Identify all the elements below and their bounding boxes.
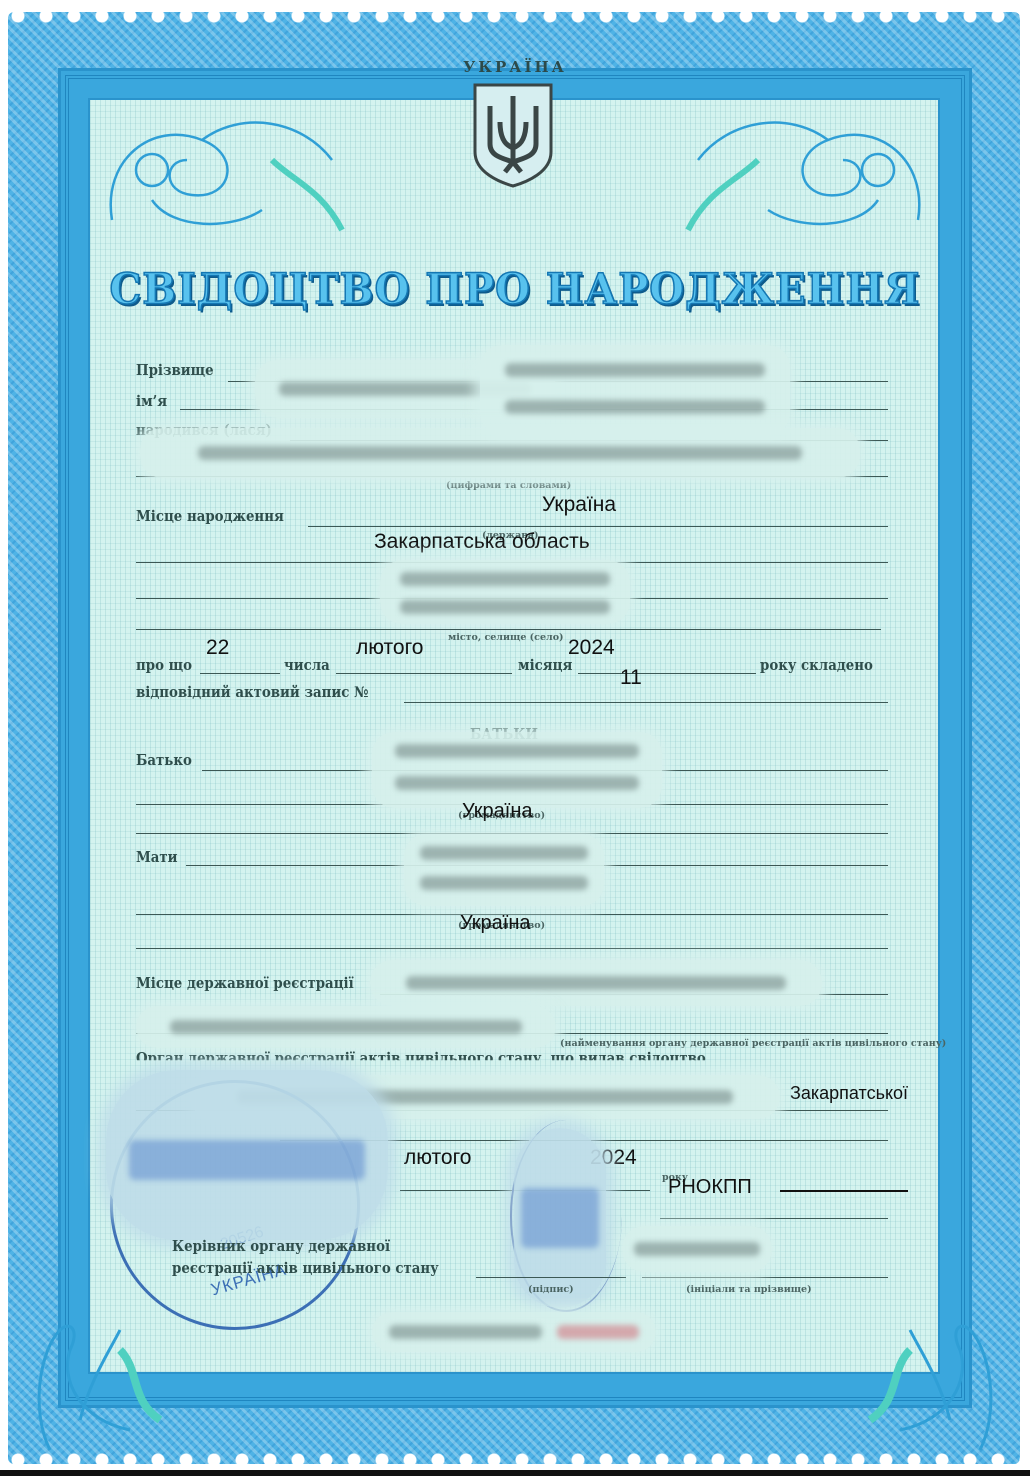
redacted-signature (514, 1128, 606, 1308)
redacted-initials (622, 1226, 772, 1272)
mother-label: Мати (136, 849, 178, 866)
bottom-edge (0, 1470, 1030, 1476)
record-no-value: 11 (620, 666, 642, 690)
year-line (578, 673, 756, 674)
country-header: УКРАЇНА (0, 58, 1030, 76)
redacted-mother (404, 834, 604, 906)
record-prefix-label: про що (136, 657, 192, 674)
redacted-name (480, 345, 790, 435)
initials-hint: (ініціали та прізвище) (686, 1284, 812, 1295)
rnokpp-line (780, 1190, 908, 1192)
month-label: місяця (518, 657, 572, 674)
head-label-line2: реєстрації актів цивільного стану (172, 1260, 439, 1277)
redacted-stamp (106, 1070, 388, 1240)
redacted-father (372, 732, 662, 808)
day-value: 22 (206, 636, 229, 660)
year-suffix-label: року складено (760, 657, 873, 674)
month-line (336, 673, 512, 674)
record-no-label: відповідний актовий запис № (136, 684, 369, 701)
signature-hint: (підпис) (528, 1284, 574, 1295)
redacted-birth-date (140, 428, 860, 478)
name-label: ім’я (136, 393, 167, 410)
birthplace-line (308, 526, 888, 527)
head-label-line1: Керівник органу державної (172, 1238, 390, 1255)
city-hint: місто, селище (село) (448, 632, 564, 643)
month-value: лютого (356, 636, 423, 660)
redacted-registration-place-2 (136, 1006, 556, 1048)
redacted-registration-place (370, 960, 822, 1006)
birth-region-value: Закарпатська область (374, 530, 590, 554)
signature-line (476, 1277, 626, 1278)
issuer-region-value: Закарпатської (790, 1083, 908, 1104)
okpp-line (660, 1218, 888, 1219)
year-value: 2024 (568, 636, 615, 660)
rnokpp-label: РНОКПП (668, 1176, 752, 1199)
trident-coat-of-arms-icon (472, 82, 554, 188)
city-line (136, 629, 881, 630)
birth-country-value: Україна (542, 493, 616, 517)
registration-place-label: Місце державної реєстрації (136, 975, 354, 992)
digits-words-hint: (цифрами та словами) (446, 480, 571, 491)
birthplace-label: Місце народження (136, 508, 284, 525)
father-citizenship-value: Україна (462, 800, 533, 823)
redacted-serial-number (372, 1312, 656, 1352)
record-no-line (404, 702, 888, 703)
father-label: Батько (136, 752, 192, 769)
initials-line (642, 1277, 888, 1278)
document-title: СВІДОЦТВО ПРО НАРОДЖЕННЯ (0, 265, 1030, 314)
surname-label: Прізвище (136, 362, 214, 379)
registration-hint: (найменування органу державної реєстраці… (560, 1038, 946, 1049)
issue-month-value: лютого (404, 1146, 471, 1170)
day-label: числа (284, 657, 330, 674)
redacted-district (380, 560, 630, 624)
day-line (200, 673, 280, 674)
mother-line-3 (136, 948, 888, 949)
mother-citizenship-value: Україна (460, 912, 531, 935)
